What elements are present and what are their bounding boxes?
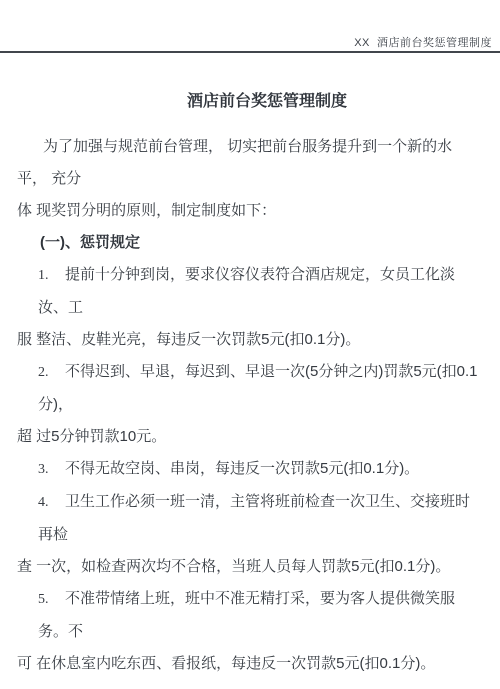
rule-number: 1. <box>38 260 65 292</box>
running-header: XX 酒店前台奖惩管理制度 <box>0 34 492 50</box>
rule-text-line-2: 可 在休息室内吃东西、看报纸，每违反一次罚款5元(扣0.1分)。 <box>17 648 482 680</box>
rule-text-line-1: 提前十分钟到岗，要求仪容仪表符合酒店规定，女员工化淡汝、工 <box>38 266 455 316</box>
rule-number: 3. <box>38 454 65 486</box>
header-divider <box>0 51 500 53</box>
rule-text-line-2: 超 过5分钟罚款10元。 <box>17 421 482 453</box>
section-heading: (一)、惩罚规定 <box>17 227 482 259</box>
rule-text-line-2: 服 整洁、皮鞋光亮，每违反一次罚款5元(扣0.1分)。 <box>17 324 482 356</box>
intro-line-2: 体 现奖罚分明的原则，制定制度如下： <box>17 195 482 227</box>
rule-line: 5.不准带情绪上班，班中不准无精打采，要为客人提供微笑服务。不 <box>17 583 482 648</box>
rule-text-line-1: 不准带情绪上班，班中不准无精打采，要为客人提供微笑服务。不 <box>38 590 455 640</box>
rule-line: 1.提前十分钟到岗，要求仪容仪表符合酒店规定，女员工化淡汝、工 <box>17 259 482 324</box>
rule-number: 2. <box>38 357 65 389</box>
rule-item-4: 4.卫生工作必须一班一清，主管将班前检查一次卫生、交接班时再检 查 一次，如检查… <box>17 486 482 583</box>
rule-item-1: 1.提前十分钟到岗，要求仪容仪表符合酒店规定，女员工化淡汝、工 服 整洁、皮鞋光… <box>17 259 482 356</box>
rule-number: 5. <box>38 584 65 616</box>
rule-number: 4. <box>38 487 65 519</box>
rule-line: 4.卫生工作必须一班一清，主管将班前检查一次卫生、交接班时再检 <box>17 486 482 551</box>
rule-text-line-2: 查 一次，如检查两次均不合格，当班人员每人罚款5元(扣0.1分)。 <box>17 551 482 583</box>
rule-item-5: 5.不准带情绪上班，班中不准无精打采，要为客人提供微笑服务。不 可 在休息室内吃… <box>17 583 482 680</box>
rule-item-2: 2.不得迟到、早退，每迟到、早退一次(5分钟之内)罚款5元(扣0.1分)， 超 … <box>17 356 482 453</box>
document-title: 酒店前台奖惩管理制度 <box>34 88 500 111</box>
document-page: XX 酒店前台奖惩管理制度 酒店前台奖惩管理制度 为了加强与规范前台管理， 切实… <box>0 0 500 689</box>
rule-line: 2.不得迟到、早退，每迟到、早退一次(5分钟之内)罚款5元(扣0.1分)， <box>17 356 482 421</box>
document-body: 为了加强与规范前台管理， 切实把前台服务提升到一个新的水平， 充分 体 现奖罚分… <box>17 131 482 680</box>
rule-text-line-1: 卫生工作必须一班一清，主管将班前检查一次卫生、交接班时再检 <box>38 493 470 543</box>
intro-line-1: 为了加强与规范前台管理， 切实把前台服务提升到一个新的水平， 充分 <box>17 131 482 195</box>
rule-line: 3.不得无故空岗、串岗，每违反一次罚款5元(扣0.1分)。 <box>17 453 482 486</box>
rule-text-line-1: 不得迟到、早退，每迟到、早退一次(5分钟之内)罚款5元(扣0.1分)， <box>38 363 478 413</box>
rule-item-3: 3.不得无故空岗、串岗，每违反一次罚款5元(扣0.1分)。 <box>17 453 482 486</box>
rule-text-line-1: 不得无故空岗、串岗，每违反一次罚款5元(扣0.1分)。 <box>65 460 419 477</box>
